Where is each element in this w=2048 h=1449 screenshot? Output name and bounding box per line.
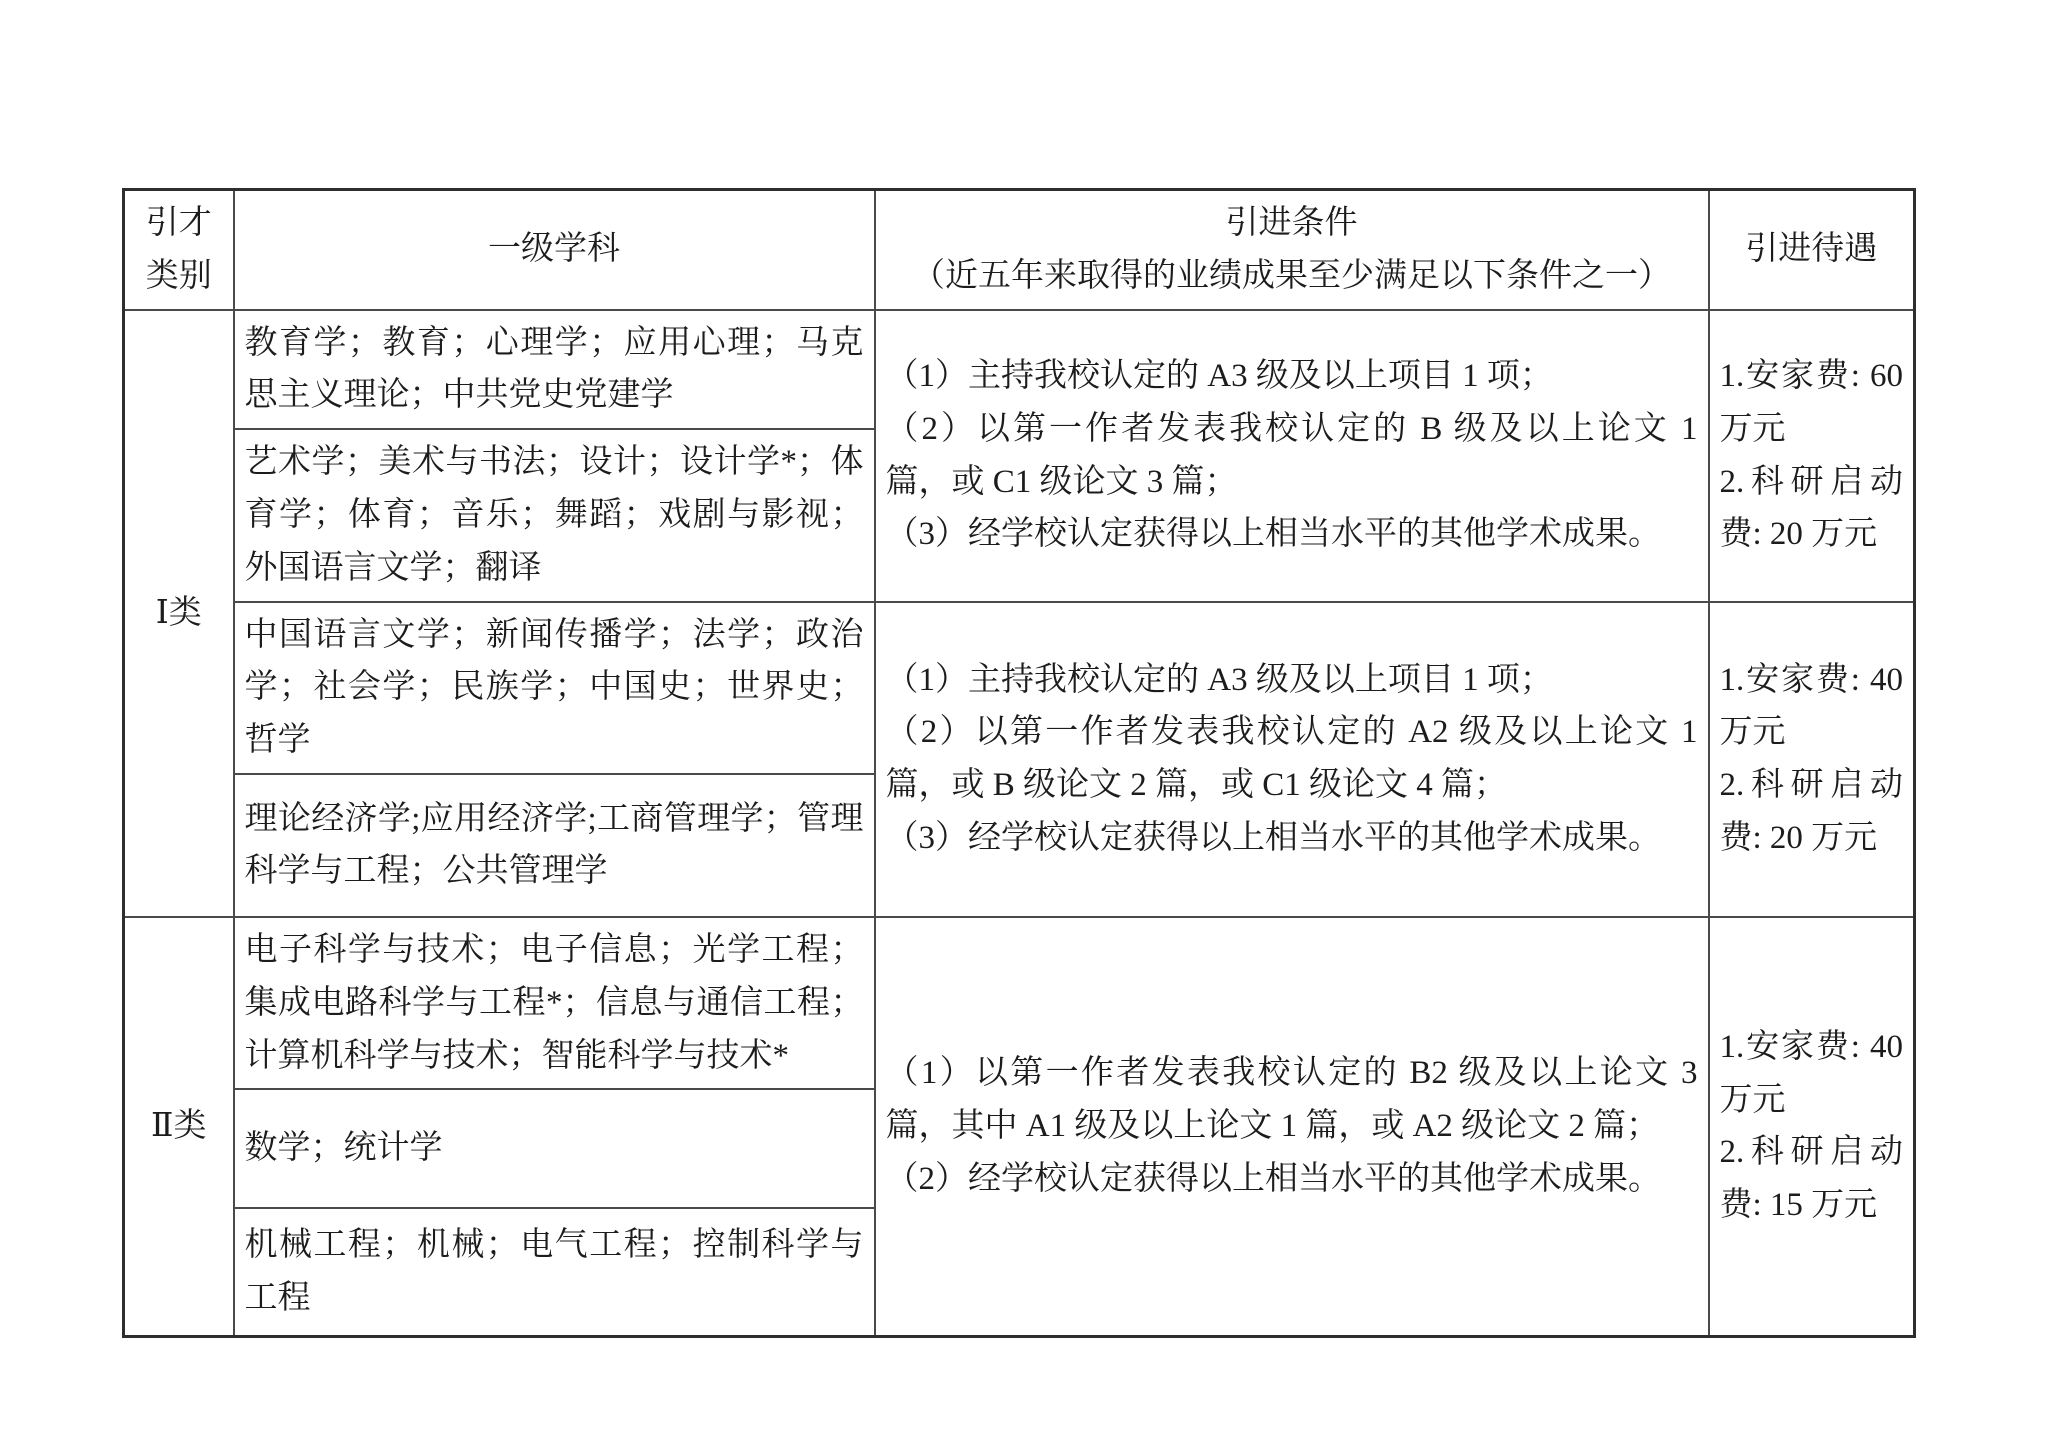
discipline-cell-3: 中国语言文学；新闻传播学；法学；政治学；社会学；民族学；中国史；世界史；哲学 — [234, 602, 875, 774]
header-condition-subtitle: （近五年来取得的业绩成果至少满足以下条件之一） — [886, 250, 1698, 303]
header-category: 引才 类别 — [124, 190, 234, 310]
benefit-cell-3: 1.安家费: 40 万元 2.科研启动费: 15 万元 — [1709, 917, 1915, 1336]
table-row: Ⅱ类 电子科学与技术；电子信息；光学工程；集成电路科学与工程*；信息与通信工程；… — [124, 917, 1915, 1089]
header-benefit: 引进待遇 — [1709, 190, 1915, 310]
benefit-cell-1: 1.安家费: 60 万元 2.科研启动费: 20 万元 — [1709, 310, 1915, 602]
discipline-cell-1: 教育学；教育；心理学；应用心理；马克思主义理论；中共党史党建学 — [234, 310, 875, 430]
condition-item: （2）以第一作者发表我校认定的 A2 级及以上论文 1 篇，或 B 级论文 2 … — [886, 706, 1698, 812]
condition-cell-2: （1）主持我校认定的 A3 级及以上项目 1 项； （2）以第一作者发表我校认定… — [875, 602, 1709, 917]
condition-item: （3）经学校认定获得以上相当水平的其他学术成果。 — [886, 508, 1698, 561]
discipline-cell-6: 数学；统计学 — [234, 1089, 875, 1208]
benefit-item: 2.科研启动费: 20 万元 — [1720, 759, 1904, 865]
header-discipline: 一级学科 — [234, 190, 875, 310]
header-condition-title: 引进条件 — [886, 197, 1698, 250]
header-category-line2: 类别 — [135, 250, 223, 303]
condition-item: （1）主持我校认定的 A3 级及以上项目 1 项； — [886, 350, 1698, 403]
condition-item: （1）以第一作者发表我校认定的 B2 级及以上论文 3 篇，其中 A1 级及以上… — [886, 1047, 1698, 1153]
table-row: Ⅰ类 教育学；教育；心理学；应用心理；马克思主义理论；中共党史党建学 （1）主持… — [124, 310, 1915, 430]
benefit-item: 1.安家费: 40 万元 — [1720, 654, 1904, 760]
benefit-item: 1.安家费: 60 万元 — [1720, 350, 1904, 456]
condition-item: （3）经学校认定获得以上相当水平的其他学术成果。 — [886, 812, 1698, 865]
category-cell-1: Ⅰ类 — [124, 310, 234, 917]
discipline-cell-7: 机械工程；机械；电气工程；控制科学与工程 — [234, 1208, 875, 1336]
condition-item: （2）经学校认定获得以上相当水平的其他学术成果。 — [886, 1153, 1698, 1206]
benefit-item: 2.科研启动费: 20 万元 — [1720, 456, 1904, 562]
category-cell-2: Ⅱ类 — [124, 917, 234, 1336]
table-row: 中国语言文学；新闻传播学；法学；政治学；社会学；民族学；中国史；世界史；哲学 （… — [124, 602, 1915, 774]
condition-cell-1: （1）主持我校认定的 A3 级及以上项目 1 项； （2）以第一作者发表我校认定… — [875, 310, 1709, 602]
benefit-cell-2: 1.安家费: 40 万元 2.科研启动费: 20 万元 — [1709, 602, 1915, 917]
discipline-cell-4: 理论经济学;应用经济学;工商管理学；管理科学与工程；公共管理学 — [234, 774, 875, 917]
table-header-row: 引才 类别 一级学科 引进条件 （近五年来取得的业绩成果至少满足以下条件之一） … — [124, 190, 1915, 310]
discipline-cell-2: 艺术学；美术与书法；设计；设计学*；体育学；体育；音乐；舞蹈；戏剧与影视；外国语… — [234, 429, 875, 601]
condition-item: （2）以第一作者发表我校认定的 B 级及以上论文 1 篇，或 C1 级论文 3 … — [886, 403, 1698, 509]
discipline-cell-5: 电子科学与技术；电子信息；光学工程；集成电路科学与工程*；信息与通信工程；计算机… — [234, 917, 875, 1089]
header-condition: 引进条件 （近五年来取得的业绩成果至少满足以下条件之一） — [875, 190, 1709, 310]
document-page: { "table": { "header": { "category_line1… — [0, 0, 2048, 1449]
benefit-item: 1.安家费: 40 万元 — [1720, 1021, 1904, 1127]
condition-cell-3: （1）以第一作者发表我校认定的 B2 级及以上论文 3 篇，其中 A1 级及以上… — [875, 917, 1709, 1336]
condition-item: （1）主持我校认定的 A3 级及以上项目 1 项； — [886, 654, 1698, 707]
benefit-item: 2.科研启动费: 15 万元 — [1720, 1126, 1904, 1232]
header-category-line1: 引才 — [135, 197, 223, 250]
recruitment-table: 引才 类别 一级学科 引进条件 （近五年来取得的业绩成果至少满足以下条件之一） … — [122, 188, 1916, 1338]
